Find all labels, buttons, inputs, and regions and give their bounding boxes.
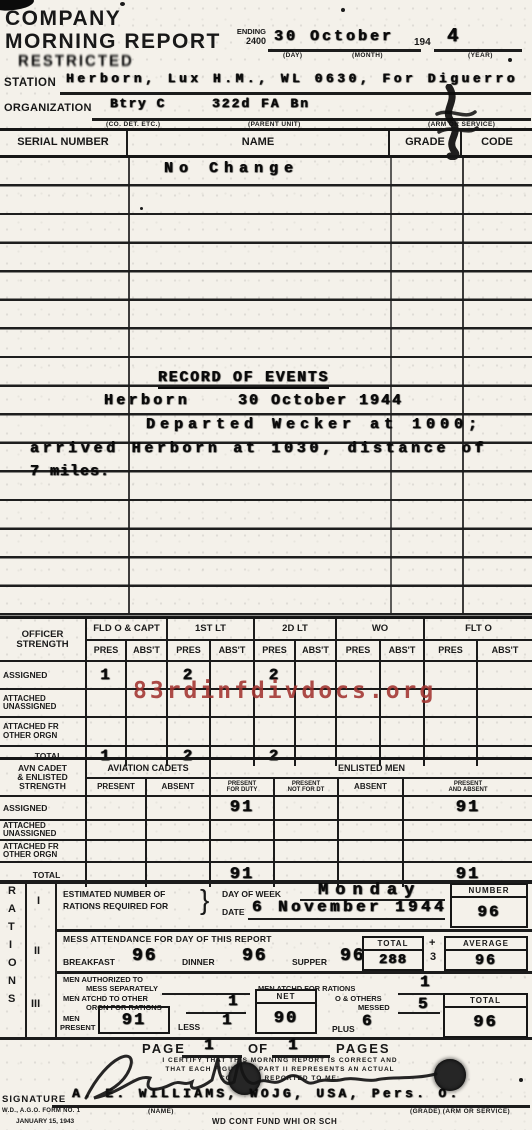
less-value: 1 xyxy=(222,1011,232,1029)
officer-subcol-pres: PRES xyxy=(425,641,478,660)
rations-side-letter: N xyxy=(8,975,16,987)
form-number: W.D., A.G.O. FORM NO. 1 xyxy=(2,1108,80,1114)
others-messed-label2: MESSED xyxy=(358,1003,390,1012)
form-title-line2: MORNING REPORT xyxy=(5,30,221,54)
ending-time: 2400 xyxy=(228,36,266,46)
officer-group-wo: WO xyxy=(337,619,425,639)
officer-assigned-fldo-pres: 1 xyxy=(100,667,112,684)
auth-mess-label1: MEN AUTHORIZED TO xyxy=(63,975,143,984)
year-entry: 4 xyxy=(447,25,458,47)
dinner-label: DINNER xyxy=(182,957,215,967)
enlisted-group-enlisted: ENLISTED MEN xyxy=(211,760,532,777)
officer-subcol-pres: PRES xyxy=(168,641,211,660)
enlisted-assigned-present-and-absent: 91 xyxy=(456,799,480,817)
average-box: AVERAGE 96 xyxy=(444,936,528,971)
enlisted-strength-table: AVN CADET& ENLISTEDSTRENGTH AVIATION CAD… xyxy=(0,757,532,881)
rations-total-value: 96 xyxy=(473,1013,497,1032)
morning-report-document: COMPANY MORNING REPORT RESTRICTED ENDING… xyxy=(0,0,532,1130)
officer-subcol-abst: ABS'T xyxy=(127,641,168,660)
report-date-entry: 30 October xyxy=(274,28,394,45)
others-messed-value: 5 xyxy=(418,995,428,1013)
enlisted-col-cadet-present: PRESENT xyxy=(87,779,147,795)
events-date: 30 October 1944 xyxy=(238,392,403,409)
roster-header: SERIAL NUMBER NAME GRADE CODE xyxy=(0,128,532,158)
officer-subcol-pres: PRES xyxy=(255,641,296,660)
officer-strength-label: OFFICERSTRENGTH xyxy=(0,619,87,660)
men-present-box: 91 xyxy=(98,1006,170,1034)
roster-divider-grade xyxy=(390,158,392,614)
breakfast-label: BREAKFAST xyxy=(63,957,115,967)
ink-speck xyxy=(341,8,345,12)
rations-row2-divider xyxy=(55,971,532,974)
rations-row1-label2: RATIONS REQUIRED FOR xyxy=(63,901,168,911)
rations-side-letter: R xyxy=(8,885,16,897)
rations-side-letter: S xyxy=(8,993,15,1005)
supper-label: SUPPER xyxy=(292,957,327,967)
rations-date-entry: 6 November 1944 xyxy=(252,898,447,916)
ink-speck xyxy=(508,58,512,62)
rations-row1-numeral: I xyxy=(37,895,40,907)
mess-total-box: TOTAL 288 xyxy=(362,936,424,971)
mess-total-label: TOTAL xyxy=(364,938,422,951)
divide-sign: + xyxy=(429,937,435,949)
rations-side-letter: T xyxy=(8,921,15,933)
net-box: NET 90 xyxy=(255,989,317,1034)
roster-col-grade: GRADE xyxy=(390,131,462,155)
less-label: LESS xyxy=(178,1022,200,1032)
atchd-other-value: 1 xyxy=(228,992,238,1010)
signature xyxy=(72,1044,450,1106)
atchd-other-underline xyxy=(186,1012,246,1014)
enlisted-row-assigned: ASSIGNED 91 91 xyxy=(0,797,532,821)
org-unit-sublabel: (CO. DET. ETC.) xyxy=(106,121,160,128)
officer-subcol-abst: ABS'T xyxy=(381,641,425,660)
org-parent-entry: 322d FA Bn xyxy=(212,96,310,111)
officer-group-2dlt: 2D LT xyxy=(255,619,337,639)
day-sublabel: (DAY) xyxy=(283,52,302,59)
events-line4: 7 miles. xyxy=(30,463,110,480)
enlisted-col-cadet-absent: ABSENT xyxy=(147,779,211,795)
rations-date-underline xyxy=(248,918,445,920)
dinner-value: 96 xyxy=(242,946,268,966)
roster-divider-serial xyxy=(128,158,130,614)
men-present-value: 91 xyxy=(122,1011,146,1030)
enlisted-group-cadets: AVIATION CADETS xyxy=(87,760,211,777)
enlisted-row-attached-unassigned: ATTACHEDUNASSIGNED xyxy=(0,821,532,841)
others-messed-label1: O & OTHERS xyxy=(335,994,382,1003)
number-box: NUMBER 96 xyxy=(450,883,528,928)
men-present-label2: PRESENT xyxy=(60,1023,95,1032)
year-printed: 194 xyxy=(414,37,431,48)
rations-row3-numeral: III xyxy=(31,998,40,1010)
events-line2: Departed Wecker at 1000; xyxy=(146,416,482,433)
atchd-for-rations-value: 1 xyxy=(420,973,430,991)
rations-letter-divider xyxy=(25,880,27,1040)
rations-row2-numeral: II xyxy=(34,945,40,957)
officer-group-fldo: FLD O & CAPT xyxy=(87,619,168,639)
rations-side-letter: O xyxy=(8,957,17,969)
number-box-value: 96 xyxy=(477,903,500,921)
officer-subcol-pres: PRES xyxy=(337,641,381,660)
date-label: DATE xyxy=(222,907,245,917)
plus-label: PLUS xyxy=(332,1024,355,1034)
rations-side-letter: A xyxy=(8,903,16,915)
atchd-other-label1: MEN ATCHD TO OTHER xyxy=(63,994,148,1003)
rations-row1-divider xyxy=(55,929,532,932)
officer-group-flto: FLT O xyxy=(425,619,532,639)
station-label: STATION xyxy=(4,77,56,89)
rations-total-label: TOTAL xyxy=(445,995,526,1008)
breakfast-value: 96 xyxy=(132,946,158,966)
enlisted-row-attached-fr-other: ATTACHED FROTHER ORGN xyxy=(0,841,532,863)
officer-subcol-abst: ABS'T xyxy=(478,641,532,660)
enlisted-col-present-and-absent: PRESENTAND ABSENT xyxy=(404,779,532,795)
organization-label: ORGANIZATION xyxy=(4,102,92,114)
enlisted-col-present-for-duty: PRESENTFOR DUTY xyxy=(211,779,275,795)
org-unit-entry: Btry C xyxy=(110,96,166,111)
average-value: 96 xyxy=(475,952,497,969)
officer-row-attached-fr-other: ATTACHED FROTHER ORGN xyxy=(0,718,532,747)
events-line3: arrived Herborn at 1030, distance of xyxy=(30,440,487,457)
form-title-line1: COMPANY xyxy=(5,7,121,31)
rations-total-box: TOTAL 96 xyxy=(443,993,528,1038)
roster-col-code: CODE xyxy=(462,131,532,155)
roster-divider-code xyxy=(462,158,464,614)
rations-brace: } xyxy=(200,884,209,916)
enlisted-strength-label: AVN CADET& ENLISTEDSTRENGTH xyxy=(0,760,87,795)
mess-attendance-label: MESS ATTENDANCE FOR DAY OF THIS REPORT xyxy=(63,934,272,944)
events-place: Herborn xyxy=(104,392,190,409)
rations-side-letter: I xyxy=(9,939,12,951)
men-present-label1: MEN xyxy=(63,1014,80,1023)
roster-col-name: NAME xyxy=(128,131,390,155)
officer-group-1stlt: 1ST LT xyxy=(168,619,255,639)
auth-mess-label2: MESS SEPARATELY xyxy=(86,984,158,993)
roster-col-serial: SERIAL NUMBER xyxy=(0,131,128,155)
month-sublabel: (MONTH) xyxy=(352,52,383,59)
year-sublabel: (YEAR) xyxy=(468,52,493,59)
net-label: NET xyxy=(257,991,315,1004)
enlisted-col-absent: ABSENT xyxy=(339,779,404,795)
ending-label: ENDING xyxy=(228,27,266,36)
restricted-stamp: RESTRICTED xyxy=(18,53,134,71)
grade-arm-sublabel: (GRADE) (ARM OR SERVICE) xyxy=(410,1108,510,1115)
mess-total-value: 288 xyxy=(379,952,407,968)
rations-row1-label: ESTIMATED NUMBER OF xyxy=(63,889,165,899)
name-sublabel: (NAME) xyxy=(148,1108,174,1115)
plus-value: 6 xyxy=(362,1012,372,1030)
ink-speck xyxy=(120,2,125,6)
rations-numeral-divider xyxy=(55,880,57,1040)
officer-subcol-abst: ABS'T xyxy=(296,641,337,660)
enlisted-assigned-present-for-duty: 91 xyxy=(230,799,254,817)
form-date: JANUARY 15, 1943 xyxy=(16,1118,74,1125)
roster-entry: No Change xyxy=(164,160,299,177)
others-messed-underline xyxy=(398,1012,440,1014)
form-extra: WD CONT FUND WHI OR SCH xyxy=(212,1117,337,1126)
number-box-label: NUMBER xyxy=(452,885,526,898)
net-value: 90 xyxy=(274,1009,298,1028)
org-parent-sublabel: (PARENT UNIT) xyxy=(248,121,301,128)
officer-subcol-pres: PRES xyxy=(87,641,127,660)
signature-label: SIGNATURE xyxy=(2,1094,66,1105)
officer-subcol-abst: ABS'T xyxy=(211,641,255,660)
events-title: RECORD OF EVENTS xyxy=(158,369,329,389)
divide-by: 3 xyxy=(430,951,436,963)
watermark: 83rdinfdivdocs.org xyxy=(133,678,436,704)
enlisted-col-present-not-for-duty: PRESENTNOT FOR DT xyxy=(275,779,339,795)
average-label: AVERAGE xyxy=(446,938,526,951)
